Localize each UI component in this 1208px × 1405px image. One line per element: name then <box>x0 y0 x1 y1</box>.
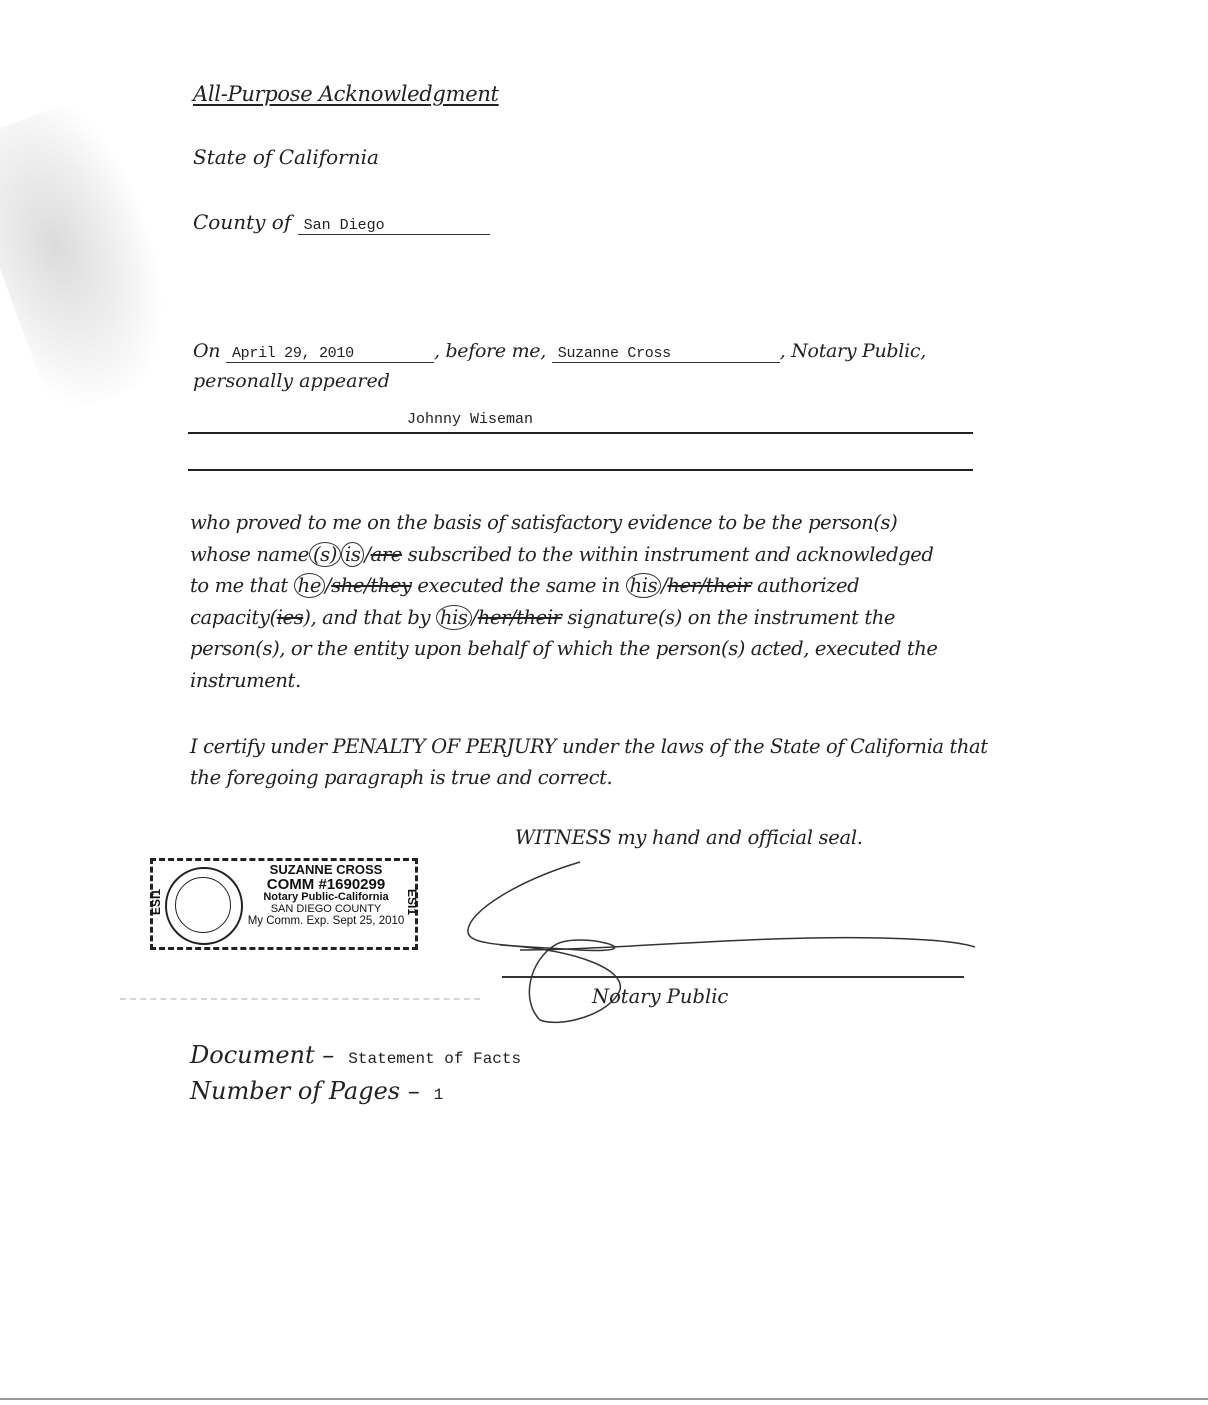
faint-dashed-marks <box>120 998 480 1000</box>
document-title: All-Purpose Acknowledgment <box>193 82 499 106</box>
signature-line <box>502 976 964 978</box>
proof-line-4: capacity(ies), and that by his/her/their… <box>190 602 990 634</box>
circled-he: he <box>294 573 325 598</box>
proof-line-3: to me that he/she/they executed the same… <box>190 570 990 602</box>
text: to me that <box>190 574 294 597</box>
notary-name-field: Suzanne Cross <box>552 340 780 363</box>
pages-value: 1 <box>434 1086 444 1104</box>
proof-line-6: instrument. <box>190 665 990 697</box>
text: executed the same in <box>412 574 626 597</box>
text: subscribed to the within instrument and … <box>402 543 934 566</box>
date-value: April 29, 2010 <box>232 345 354 362</box>
document-row: Document –Statement of Facts <box>190 1041 521 1069</box>
stamp-expiration: My Comm. Exp. Sept 25, 2010 <box>241 915 411 927</box>
date-field: April 29, 2010 <box>226 340 434 363</box>
date-notary-line: On April 29, 2010, before me, Suzanne Cr… <box>193 340 926 363</box>
stamp-text: SUZANNE CROSS COMM #1690299 Notary Publi… <box>241 863 411 928</box>
county-line: County of San Diego <box>193 210 490 235</box>
appeared-name-value: Johnny Wiseman <box>407 411 533 428</box>
state-line: State of California <box>193 145 379 169</box>
struck-are: are <box>371 543 402 566</box>
circled-is: is <box>341 542 364 567</box>
proof-line-5: person(s), or the entity upon behalf of … <box>190 633 990 665</box>
circled-his: his <box>626 573 662 598</box>
circled-plural: (s) <box>309 542 341 567</box>
stamp-name: SUZANNE CROSS <box>241 863 411 877</box>
document-value: Statement of Facts <box>348 1050 521 1068</box>
struck-she-they: she/they <box>331 574 411 597</box>
scan-smudge <box>0 93 195 417</box>
text: ), and that by <box>303 606 436 629</box>
struck-her-their: her/their <box>667 574 751 597</box>
text: capacity( <box>190 606 277 629</box>
appeared-line-2 <box>188 469 973 471</box>
circled-his-2: his <box>436 605 472 630</box>
appeared-line-1 <box>188 432 973 434</box>
struck-ies: ies <box>277 606 304 629</box>
on-label: On <box>193 340 220 362</box>
proof-paragraph: who proved to me on the basis of satisfa… <box>190 507 990 696</box>
stamp-side-code-left: ESI1 <box>149 889 163 915</box>
text: whose name <box>190 543 309 566</box>
pages-label: Number of Pages – <box>190 1077 420 1105</box>
county-label: County of <box>193 210 291 234</box>
text: signature(s) on the instrument the <box>562 606 896 629</box>
witness-line: WITNESS my hand and official seal. <box>515 826 863 849</box>
proof-line-1: who proved to me on the basis of satisfa… <box>190 507 990 539</box>
notary-public-label: , Notary Public, <box>780 340 926 362</box>
county-value: San Diego <box>304 217 385 234</box>
struck-her-their-2: her/their <box>478 606 562 629</box>
proof-line-2: whose name(s)is/are subscribed to the wi… <box>190 539 990 571</box>
notary-name-value: Suzanne Cross <box>558 345 671 362</box>
county-field: San Diego <box>298 210 490 235</box>
seal-inner-ring <box>175 877 231 933</box>
text: authorized <box>751 574 859 597</box>
stamp-commission: COMM #1690299 <box>241 877 411 893</box>
notary-stamp: ESI1 ESI1 SUZANNE CROSS COMM #1690299 No… <box>150 858 418 950</box>
certify-paragraph: I certify under PENALTY OF PERJURY under… <box>190 731 990 793</box>
page-edge <box>0 1398 1208 1400</box>
stamp-county: SAN DIEGO COUNTY <box>241 904 411 916</box>
state-seal-icon <box>165 867 243 945</box>
before-me-label: , before me, <box>434 340 546 362</box>
pages-row: Number of Pages –1 <box>190 1077 443 1105</box>
document-label: Document – <box>190 1041 334 1069</box>
personally-appeared-label: personally appeared <box>193 370 390 392</box>
signature-label: Notary Public <box>592 985 728 1008</box>
